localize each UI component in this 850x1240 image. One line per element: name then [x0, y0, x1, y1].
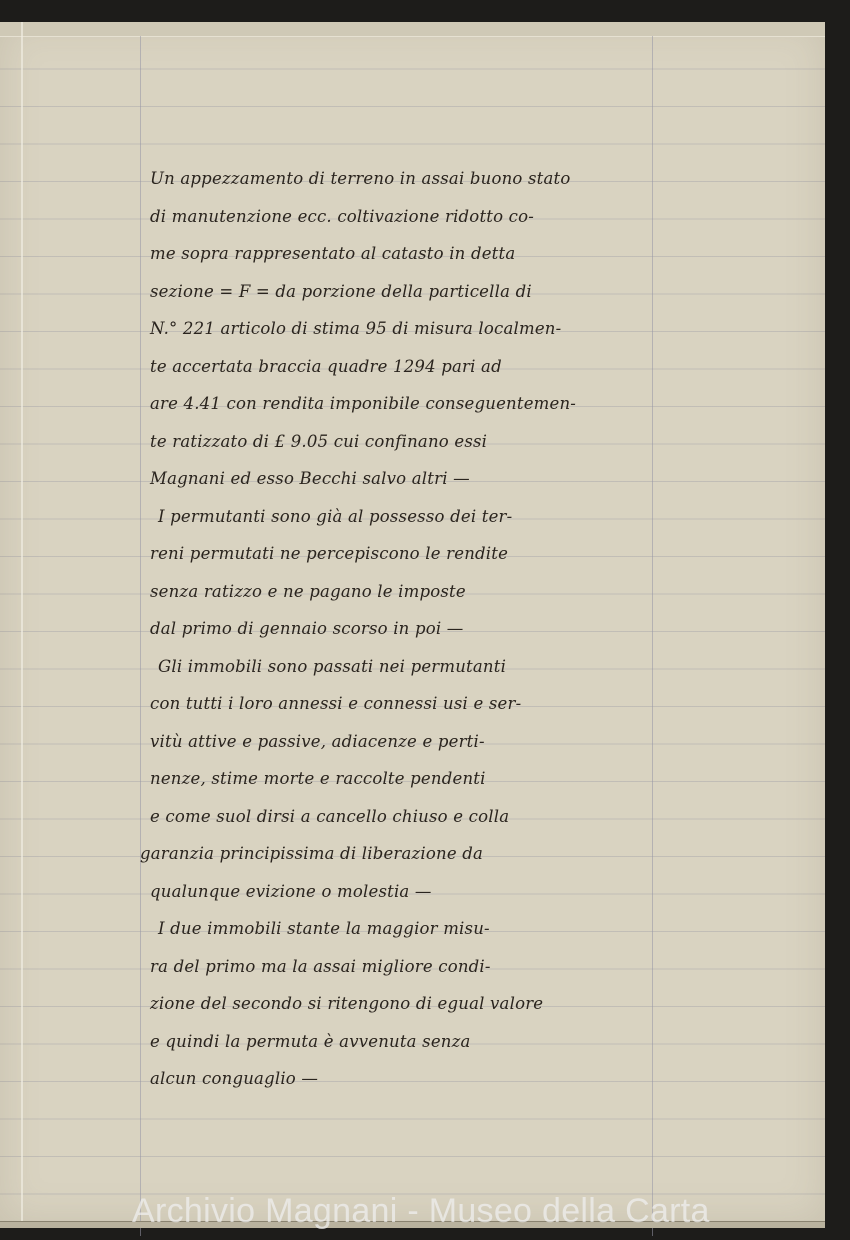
text-line: sezione = F = da porzione della particel… [150, 273, 670, 311]
text-line: Magnani ed esso Becchi salvo altri — [150, 460, 670, 498]
text-line: I due immobili stante la maggior misu- [150, 910, 670, 948]
text-line: qualunque evizione o molestia — [150, 873, 670, 911]
text-line: ra del primo ma la assai migliore condi- [150, 948, 670, 986]
text-line: Un appezzamento di terreno in assai buon… [150, 160, 670, 198]
text-line: zione del secondo si ritengono di egual … [150, 985, 670, 1023]
text-line: nenze, stime morte e raccolte pendenti [150, 760, 670, 798]
text-line: I permutanti sono già al possesso dei te… [150, 498, 670, 536]
text-line: e come suol dirsi a cancello chiuso e co… [150, 798, 670, 836]
left-margin-rule [140, 36, 141, 1236]
text-line: di manutenzione ecc. coltivazione ridott… [150, 198, 670, 236]
text-line: reni permutati ne percepiscono le rendit… [150, 535, 670, 573]
handwritten-text-block: Un appezzamento di terreno in assai buon… [150, 160, 670, 1098]
text-line: con tutti i loro annessi e connessi usi … [150, 685, 670, 723]
text-line: are 4.41 con rendita imponibile consegue… [150, 385, 670, 423]
archive-watermark: Archivio Magnani - Museo della Carta [132, 1192, 710, 1231]
text-line: Gli immobili sono passati nei permutanti [150, 648, 670, 686]
binding-fold [21, 22, 23, 1222]
text-line: alcun conguaglio — [150, 1060, 670, 1098]
text-line: vitù attive e passive, adiacenze e perti… [150, 723, 670, 761]
text-line: N.° 221 articolo di stima 95 di misura l… [150, 310, 670, 348]
page-top-edge [0, 22, 825, 37]
text-line: te ratizzato di £ 9.05 cui confinano ess… [150, 423, 670, 461]
text-line: dal primo di gennaio scorso in poi — [150, 610, 670, 648]
text-line: te accertata braccia quadre 1294 pari ad [150, 348, 670, 386]
text-line: garanzia principissima di liberazione da [140, 835, 670, 873]
text-line: e quindi la permuta è avvenuta senza [150, 1023, 670, 1061]
text-line: me sopra rappresentato al catasto in det… [150, 235, 670, 273]
text-line: senza ratizzo e ne pagano le imposte [150, 573, 670, 611]
